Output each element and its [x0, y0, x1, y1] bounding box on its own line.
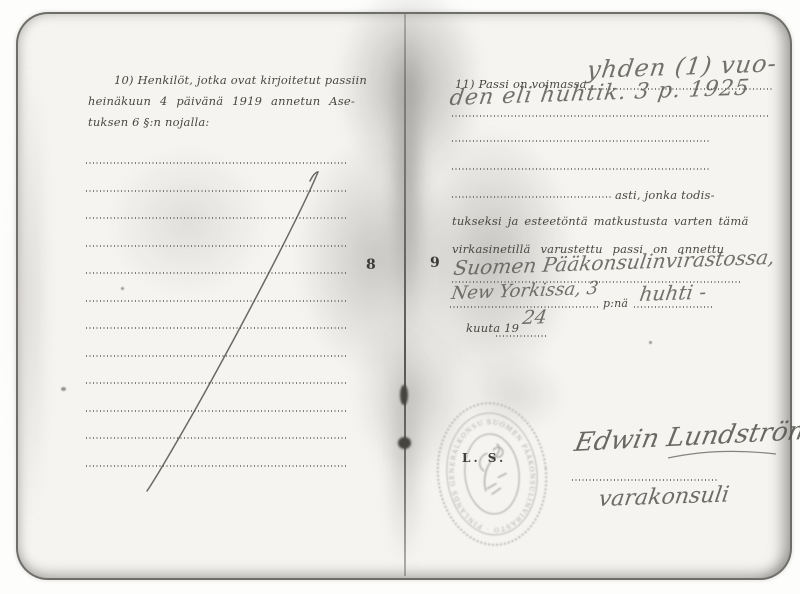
- dotted-rule: [452, 168, 710, 170]
- dotted-rule: [86, 355, 348, 357]
- handwritten-month: huhti -: [638, 280, 708, 306]
- dotted-rule: [86, 300, 348, 302]
- spine-fold: [404, 14, 406, 576]
- dotted-rule: [86, 465, 348, 467]
- page-number-right: 9: [430, 255, 440, 271]
- clause-10-line-3: tuksen 6 §:n nojalla:: [88, 112, 367, 133]
- page-number-left: 8: [366, 257, 376, 273]
- printed-asti: asti, jonka todis-: [615, 185, 715, 206]
- signature-title: varakonsuli: [597, 482, 731, 512]
- dotted-rule: [86, 410, 348, 412]
- ink-speck: [121, 287, 124, 290]
- seal-ls-label: L. S.: [462, 451, 506, 465]
- consulate-seal: SUOMEN PÄÄKONSULINVIRASTO · FINLANDS GEN…: [432, 398, 552, 550]
- clause-10-line-1: 10) Henkilöt, jotka ovat kirjoitetut pas…: [88, 70, 367, 91]
- dotted-rule: [572, 479, 718, 481]
- stitch-knot: [400, 385, 408, 405]
- dotted-rule: [86, 437, 348, 439]
- clause-10-paragraph: 10) Henkilöt, jotka ovat kirjoitetut pas…: [88, 70, 367, 133]
- dotted-rule: [86, 217, 348, 219]
- dotted-rule: [86, 272, 348, 274]
- dotted-rule: [452, 115, 770, 117]
- dotted-rule: [452, 196, 612, 198]
- dotted-rule: [86, 162, 348, 164]
- dotted-rule: [86, 382, 348, 384]
- dotted-rule: [86, 190, 348, 192]
- dotted-rule: [452, 140, 710, 142]
- handwritten-year: 24: [521, 306, 548, 329]
- ink-speck: [649, 341, 652, 344]
- dotted-rule: [585, 88, 772, 90]
- stitch-knot: [398, 437, 411, 449]
- ink-speck: [61, 387, 66, 391]
- dotted-rule: [86, 327, 348, 329]
- printed-body-1: tukseksi ja esteetöntä matkustusta varte…: [452, 211, 749, 232]
- dotted-rule: [496, 335, 548, 337]
- dotted-rule: [634, 306, 712, 308]
- dotted-rule: [86, 245, 348, 247]
- printed-pna: p:nä: [603, 293, 628, 314]
- clause-10-line-2: heinäkuun 4 päivänä 1919 annetun Ase-: [88, 91, 367, 112]
